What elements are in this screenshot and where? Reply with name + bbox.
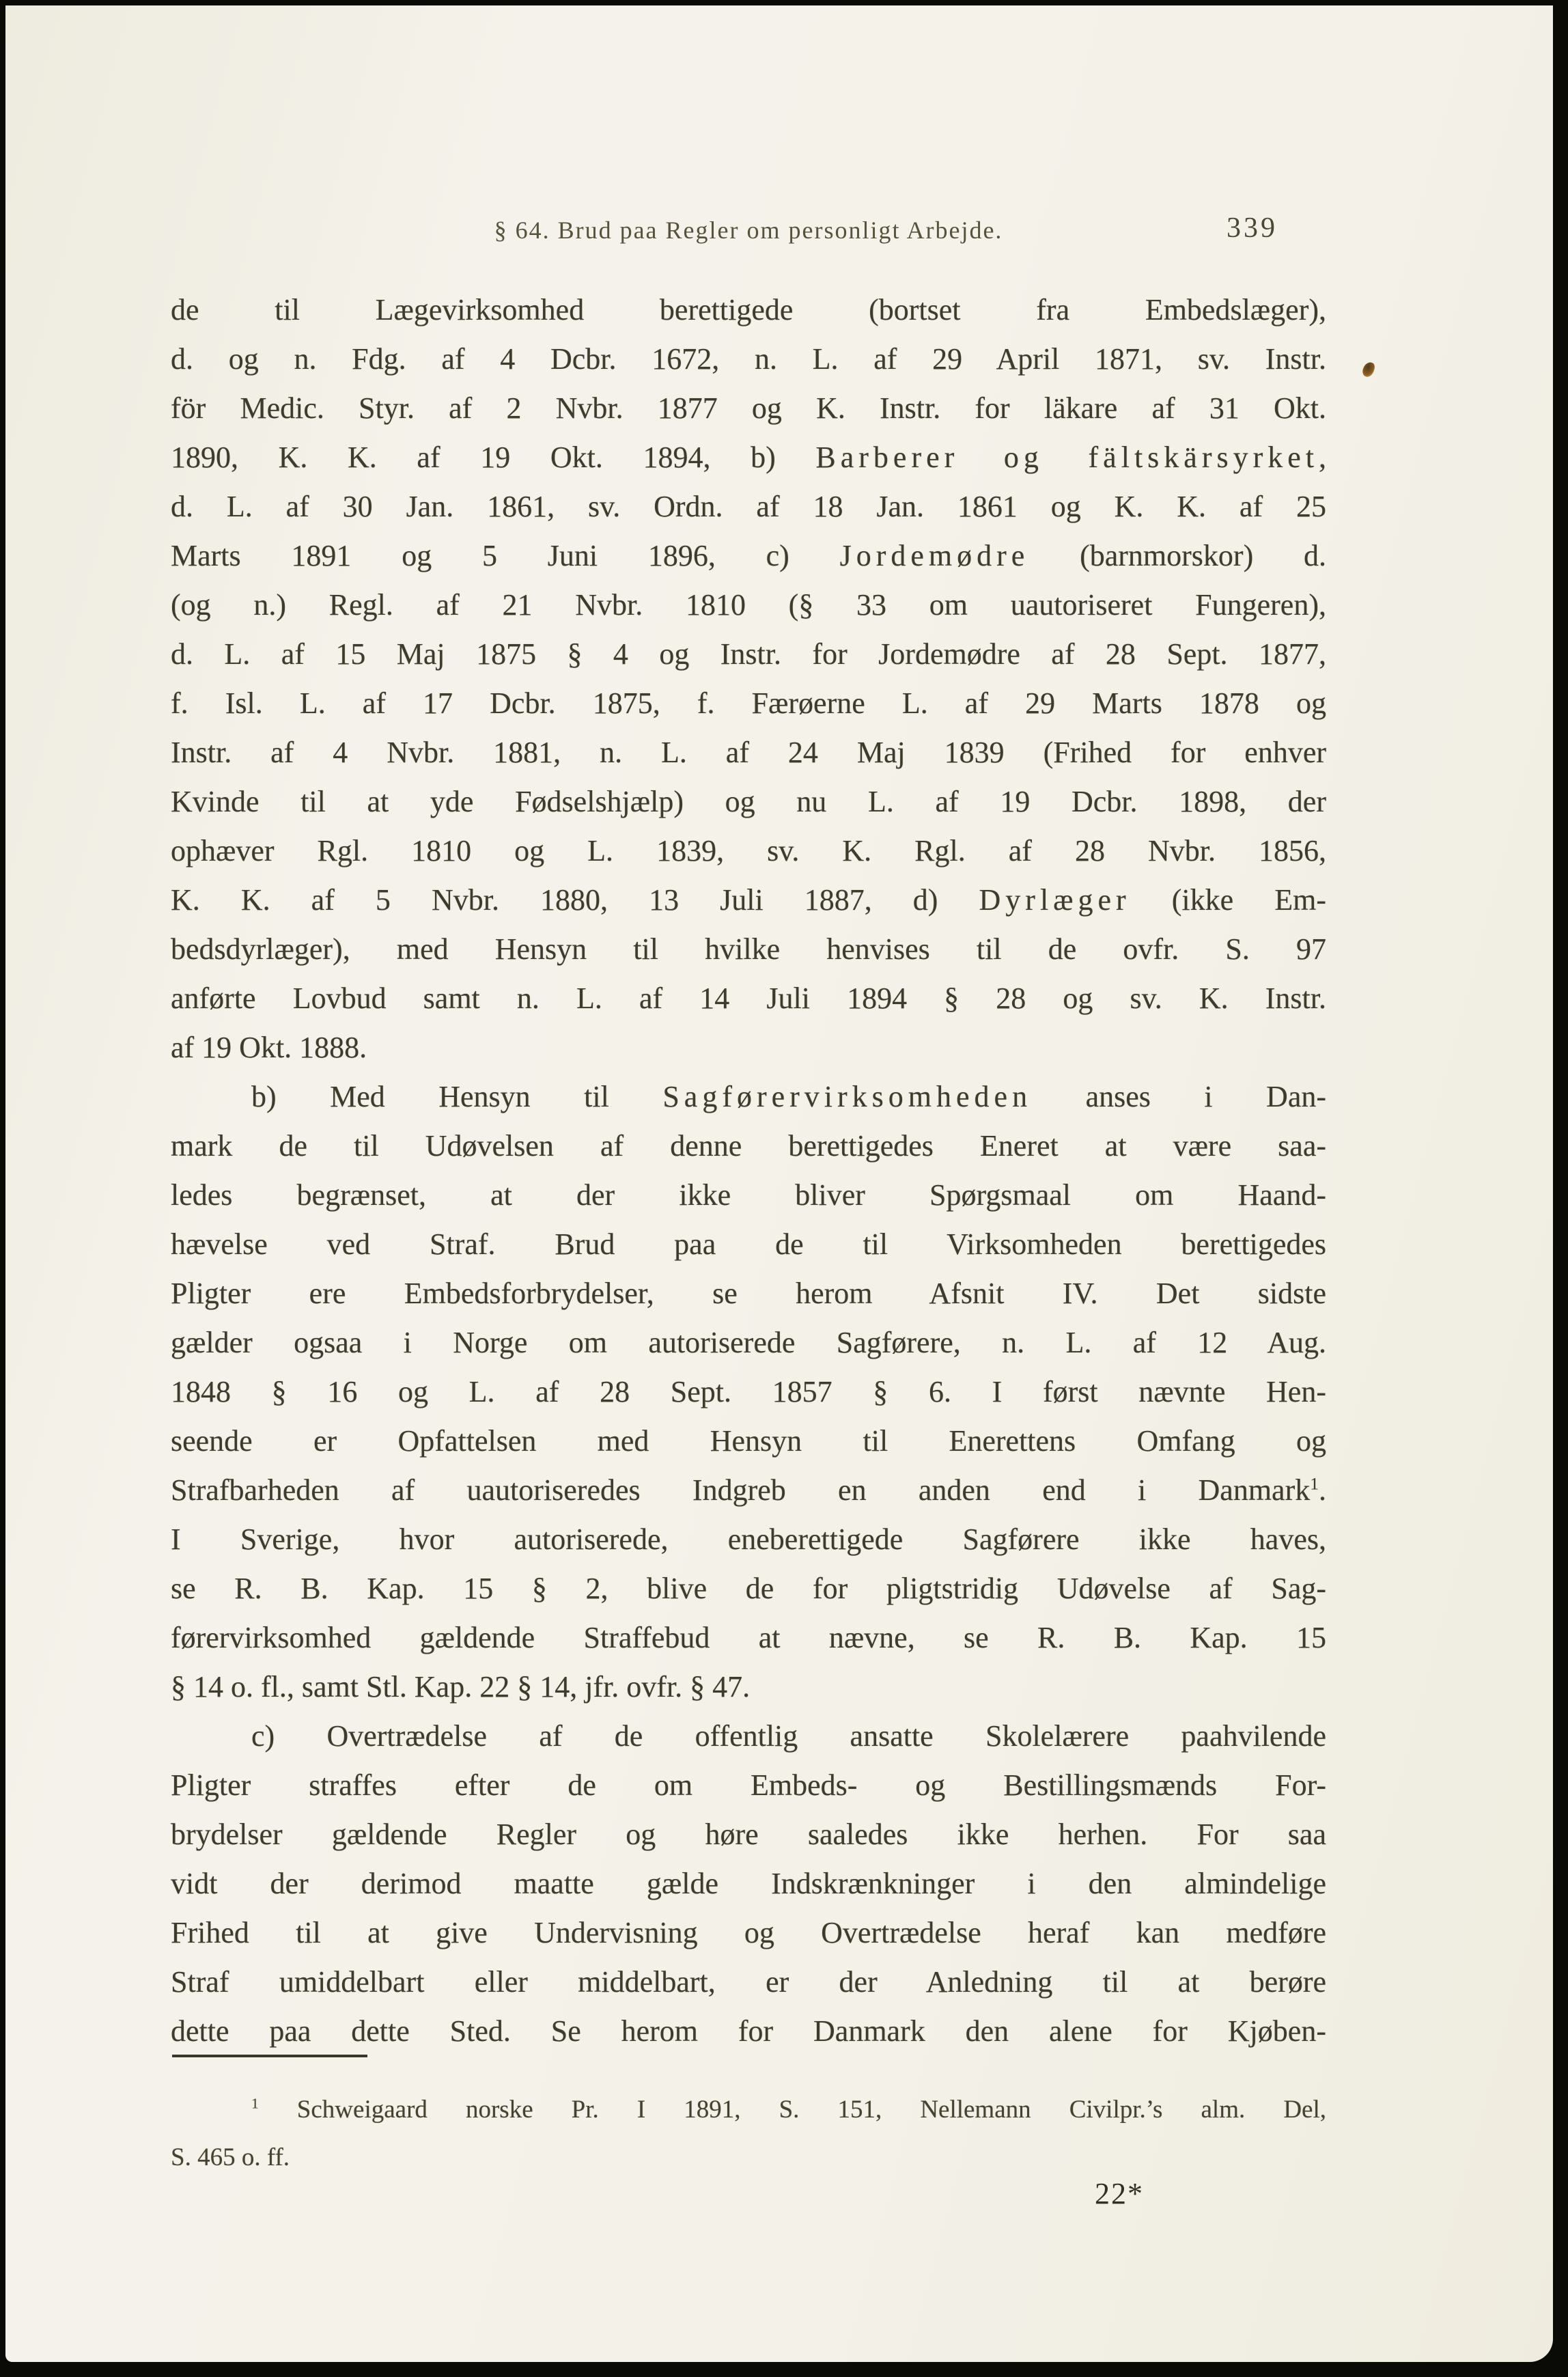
text-line: vidt der derimod maatte gælde Indskrænkn…: [171, 1859, 1326, 1908]
text-line: § 14 o. fl., samt Stl. Kap. 22 § 14, jfr…: [171, 1663, 1326, 1712]
footnote-reference: 1: [1310, 1473, 1319, 1493]
text-line: ledes begrænset, at der ikke bliver Spør…: [171, 1171, 1326, 1220]
text-line: Frihed til at give Undervisning og Overt…: [171, 1908, 1326, 1958]
text-segment: § 14 o. fl., samt Stl. Kap. 22 § 14, jfr…: [171, 1670, 750, 1704]
text-segment: mark de til Udøvelsen af denne berettige…: [171, 1129, 1326, 1163]
text-segment: d. L. af 15 Maj 1875 § 4 og Instr. for J…: [171, 637, 1326, 671]
text-line: 1 Schweigaard norske Pr. I 1891, S. 151,…: [171, 2086, 1326, 2134]
text-line: se R. B. Kap. 15 § 2, blive de for pligt…: [171, 1564, 1326, 1613]
text-line: d. og n. Fdg. af 4 Dcbr. 1672, n. L. af …: [171, 335, 1326, 384]
text-segment: Marts 1891 og 5 Juni 1896, c): [171, 539, 840, 572]
text-segment: Pligter ere Embedsforbrydelser, se herom…: [171, 1277, 1326, 1310]
text-line: af 19 Okt. 1888.: [171, 1023, 1326, 1072]
text-segment: bedsdyrlæger), med Hensyn til hvilke hen…: [171, 932, 1326, 966]
text-segment: Frihed til at give Undervisning og Overt…: [171, 1916, 1326, 1949]
footnote-reference: 1: [251, 2096, 259, 2112]
ink-blot-mark: [1361, 361, 1376, 378]
text-segment: ledes begrænset, at der ikke bliver Spør…: [171, 1178, 1326, 1212]
text-segment: för Medic. Styr. af 2 Nvbr. 1877 og K. I…: [171, 391, 1326, 425]
text-segment: ,: [1319, 441, 1326, 474]
text-line: d. L. af 30 Jan. 1861, sv. Ordn. af 18 J…: [171, 482, 1326, 531]
text-segment: førervirksomhed gældende Straffebud at n…: [171, 1621, 1326, 1654]
text-line: Marts 1891 og 5 Juni 1896, c) Jordemødre…: [171, 531, 1326, 581]
text-segment: Pligter straffes efter de om Embeds- og …: [171, 1768, 1326, 1802]
text-segment: gælder ogsaa i Norge om autoriserede Sag…: [171, 1326, 1326, 1359]
text-segment: se R. B. Kap. 15 § 2, blive de for pligt…: [171, 1572, 1326, 1605]
text-segment: (barnmorskor) d.: [1029, 539, 1326, 572]
body-text: de til Lægevirksomhed berettigede (borts…: [171, 286, 1326, 2056]
emphasized-term: Barberer og fältskärsyrket: [815, 441, 1319, 474]
text-line: Kvinde til at yde Fødselshjælp) og nu L.…: [171, 777, 1326, 826]
text-segment: b) Med Hensyn til: [251, 1080, 662, 1113]
text-line: K. K. af 5 Nvbr. 1880, 13 Juli 1887, d) …: [171, 876, 1326, 925]
text-segment: Strafbarheden af uautoriseredes Indgreb …: [171, 1473, 1310, 1507]
text-line: hævelse ved Straf. Brud paa de til Virks…: [171, 1220, 1326, 1269]
text-line: brydelser gældende Regler og høre saaled…: [171, 1810, 1326, 1859]
text-line: Straf umiddelbart eller middelbart, er d…: [171, 1958, 1326, 2007]
text-segment: (ikke Em-: [1131, 883, 1326, 917]
text-segment: vidt der derimod maatte gælde Indskrænkn…: [171, 1867, 1326, 1900]
text-segment: c) Overtrædelse af de offentlig ansatte …: [251, 1719, 1326, 1753]
text-segment: ophæver Rgl. 1810 og L. 1839, sv. K. Rgl…: [171, 834, 1326, 867]
text-line: S. 465 o. ff.: [171, 2134, 1326, 2182]
book-page: § 64. Brud paa Regler om personligt Arbe…: [5, 5, 1553, 2362]
text-line: b) Med Hensyn til Sagførervirksomheden a…: [171, 1072, 1326, 1122]
emphasized-term: Sagførervirksomheden: [662, 1080, 1032, 1113]
text-segment: anses i Dan-: [1032, 1080, 1326, 1113]
text-segment: f. Isl. L. af 17 Dcbr. 1875, f. Færøerne…: [171, 686, 1326, 720]
text-segment: S. 465 o. ff.: [171, 2143, 290, 2171]
text-segment: K. K. af 5 Nvbr. 1880, 13 Juli 1887, d): [171, 883, 979, 917]
text-line: førervirksomhed gældende Straffebud at n…: [171, 1613, 1326, 1663]
text-line: de til Lægevirksomhed berettigede (borts…: [171, 286, 1326, 335]
text-line: 1890, K. K. af 19 Okt. 1894, b) Barberer…: [171, 433, 1326, 482]
text-segment: dette paa dette Sted. Se herom for Danma…: [171, 2014, 1326, 2048]
text-segment: 1848 § 16 og L. af 28 Sept. 1857 § 6. I …: [171, 1375, 1326, 1408]
text-segment: brydelser gældende Regler og høre saaled…: [171, 1818, 1326, 1851]
text-segment: I Sverige, hvor autoriserede, eneberetti…: [171, 1523, 1326, 1556]
text-line: c) Overtrædelse af de offentlig ansatte …: [171, 1712, 1326, 1761]
text-line: (og n.) Regl. af 21 Nvbr. 1810 (§ 33 om …: [171, 581, 1326, 630]
footnote-separator: [172, 2055, 367, 2057]
text-line: anførte Lovbud samt n. L. af 14 Juli 189…: [171, 974, 1326, 1023]
text-line: dette paa dette Sted. Se herom for Danma…: [171, 2007, 1326, 2056]
text-line: f. Isl. L. af 17 Dcbr. 1875, f. Færøerne…: [171, 679, 1326, 728]
text-segment: Kvinde til at yde Fødselshjælp) og nu L.…: [171, 785, 1326, 818]
text-line: gælder ogsaa i Norge om autoriserede Sag…: [171, 1318, 1326, 1367]
text-line: för Medic. Styr. af 2 Nvbr. 1877 og K. I…: [171, 384, 1326, 433]
text-segment: Instr. af 4 Nvbr. 1881, n. L. af 24 Maj …: [171, 736, 1326, 769]
text-line: Pligter ere Embedsforbrydelser, se herom…: [171, 1269, 1326, 1318]
text-line: d. L. af 15 Maj 1875 § 4 og Instr. for J…: [171, 630, 1326, 679]
emphasized-term: Jordemødre: [840, 539, 1030, 572]
text-segment: anførte Lovbud samt n. L. af 14 Juli 189…: [171, 982, 1326, 1015]
text-segment: d. og n. Fdg. af 4 Dcbr. 1672, n. L. af …: [171, 342, 1326, 376]
emphasized-term: Dyrlæger: [979, 883, 1131, 917]
signature-mark: 22*: [1095, 2176, 1144, 2211]
text-line: I Sverige, hvor autoriserede, eneberetti…: [171, 1515, 1326, 1564]
text-segment: af 19 Okt. 1888.: [171, 1031, 367, 1064]
text-segment: seende er Opfattelsen med Hensyn til Ene…: [171, 1424, 1326, 1458]
text-line: ophæver Rgl. 1810 og L. 1839, sv. K. Rgl…: [171, 826, 1326, 876]
text-line: Instr. af 4 Nvbr. 1881, n. L. af 24 Maj …: [171, 728, 1326, 777]
running-header: § 64. Brud paa Regler om personligt Arbe…: [171, 216, 1326, 245]
text-segment: (og n.) Regl. af 21 Nvbr. 1810 (§ 33 om …: [171, 588, 1326, 622]
text-line: Pligter straffes efter de om Embeds- og …: [171, 1761, 1326, 1810]
footnote: 1 Schweigaard norske Pr. I 1891, S. 151,…: [171, 2086, 1326, 2182]
text-line: Strafbarheden af uautoriseredes Indgreb …: [171, 1466, 1326, 1515]
text-line: 1848 § 16 og L. af 28 Sept. 1857 § 6. I …: [171, 1367, 1326, 1417]
text-segment: Straf umiddelbart eller middelbart, er d…: [171, 1965, 1326, 1999]
page-number: 339: [1227, 212, 1278, 245]
text-line: seende er Opfattelsen med Hensyn til Ene…: [171, 1417, 1326, 1466]
text-line: mark de til Udøvelsen af denne berettige…: [171, 1122, 1326, 1171]
text-segment: de til Lægevirksomhed berettigede (borts…: [171, 293, 1326, 326]
text-segment: .: [1319, 1473, 1326, 1507]
text-segment: Schweigaard norske Pr. I 1891, S. 151, N…: [259, 2096, 1326, 2124]
text-segment: hævelse ved Straf. Brud paa de til Virks…: [171, 1227, 1326, 1261]
text-segment: d. L. af 30 Jan. 1861, sv. Ordn. af 18 J…: [171, 490, 1326, 523]
text-segment: 1890, K. K. af 19 Okt. 1894, b): [171, 441, 815, 474]
text-line: bedsdyrlæger), med Hensyn til hvilke hen…: [171, 925, 1326, 974]
